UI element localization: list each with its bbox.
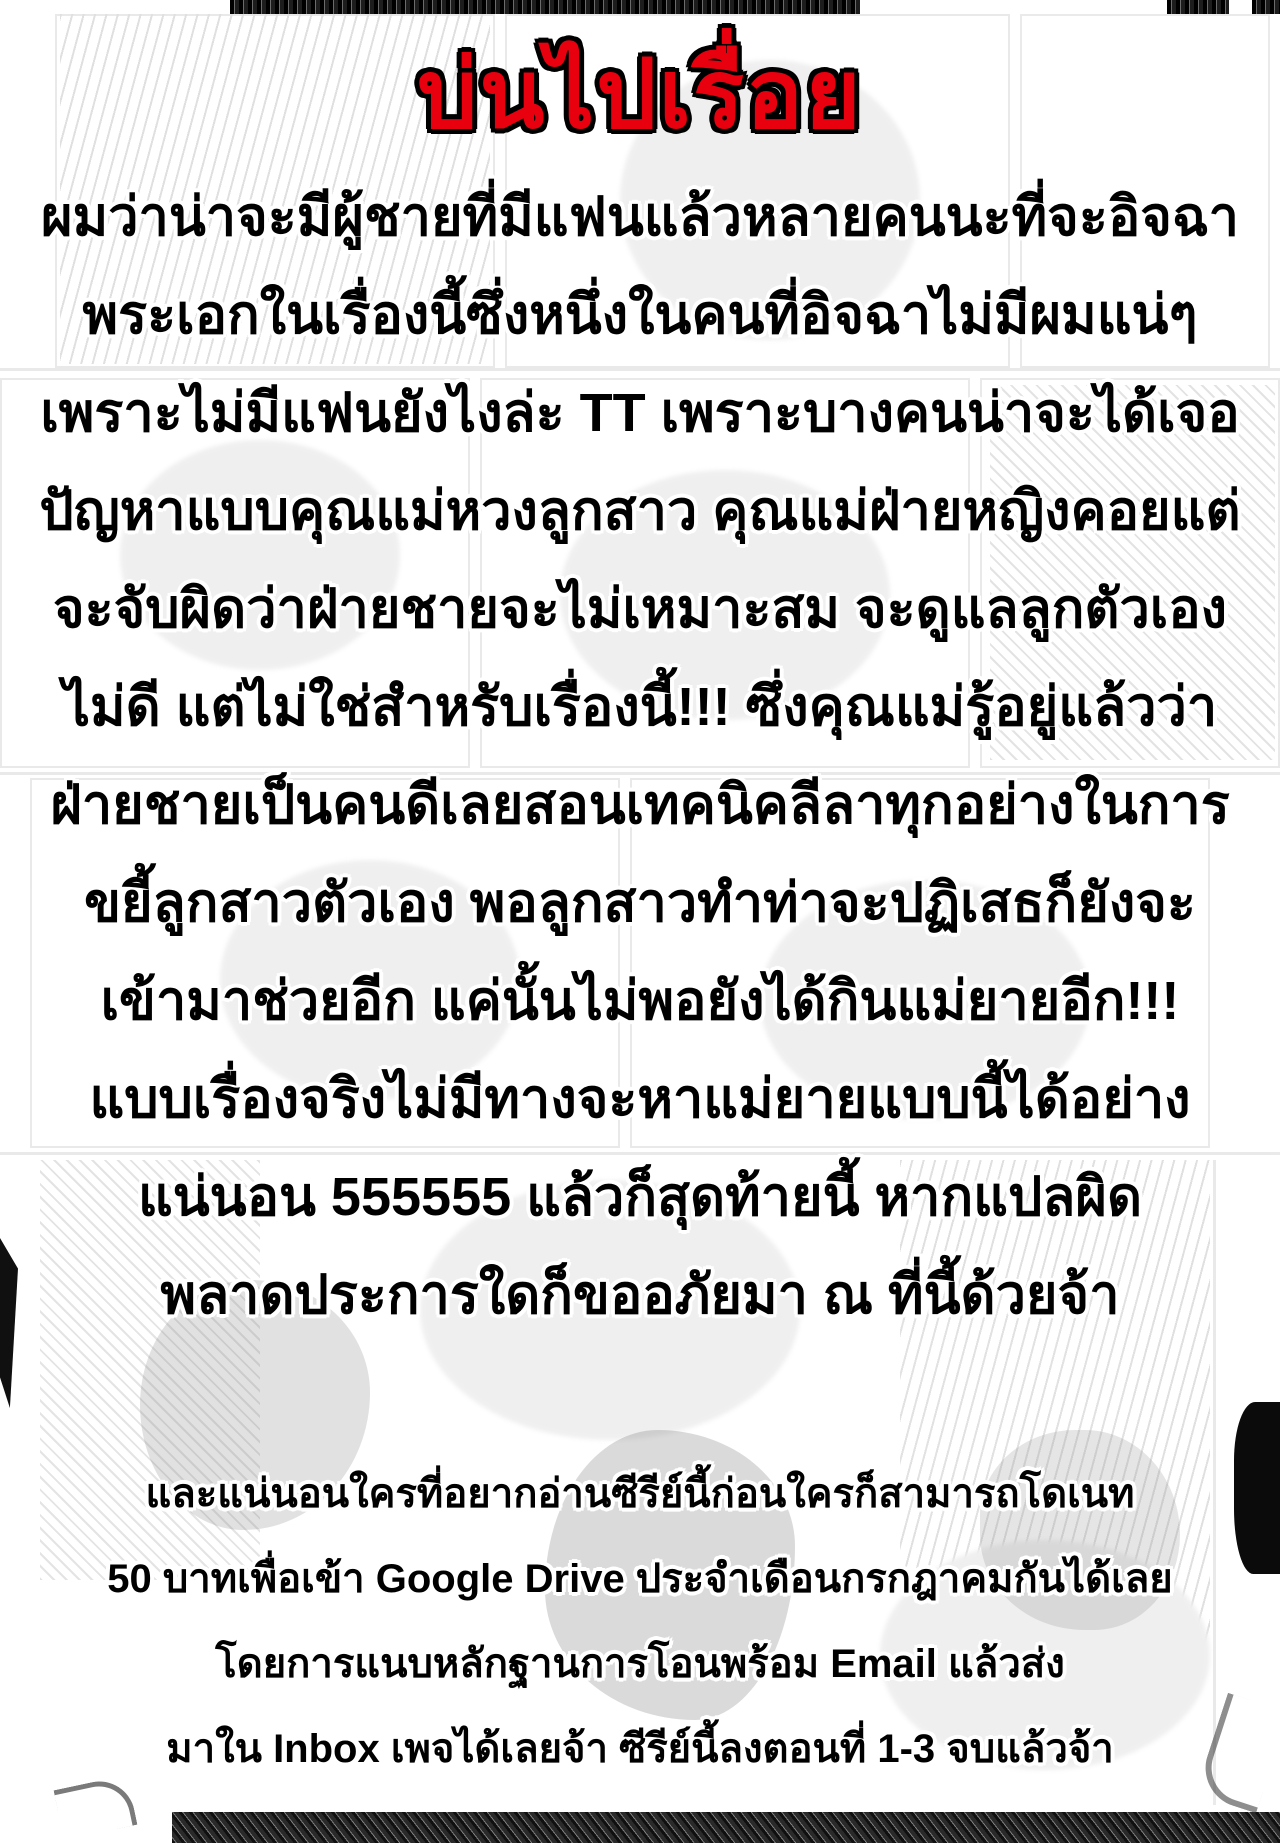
note-line: ขยี้ลูกสาวตัวเอง พอลูกสาวทำท่าจะปฏิเสธก็… — [0, 854, 1280, 952]
donation-line: มาใน Inbox เพจได้เลยจ้า ซีรีย์นี้ลงตอนที… — [0, 1707, 1280, 1792]
manga-edge-top — [1167, 0, 1229, 14]
note-line: แน่นอน 555555 แล้วก็สุดท้ายนี้ หากแปลผิด — [0, 1148, 1280, 1246]
note-line: แบบเรื่องจริงไม่มีทางจะหาแม่ยายแบบนี้ได้… — [0, 1050, 1280, 1148]
note-line: ไม่ดี แต่ไม่ใช่สำหรับเรื่องนี้!!! ซึ่งคุ… — [0, 658, 1280, 756]
note-line: เพราะไม่มีแฟนยังไงล่ะ TT เพราะบางคนน่าจะ… — [0, 364, 1280, 462]
note-line: ปัญหาแบบคุณแม่หวงลูกสาว คุณแม่ฝ่ายหญิงคอ… — [0, 462, 1280, 560]
note-line: ฝ่ายชายเป็นคนดีเลยสอนเทคนิคลีลาทุกอย่างใ… — [0, 756, 1280, 854]
manga-edge-top — [230, 0, 860, 14]
donation-line: โดยการแนบหลักฐานการโอนพร้อม Email แล้วส่… — [0, 1622, 1280, 1707]
note-line: ผมว่าน่าจะมีผู้ชายที่มีแฟนแล้วหลายคนนะที… — [0, 168, 1280, 266]
note-paragraph: ผมว่าน่าจะมีผู้ชายที่มีแฟนแล้วหลายคนนะที… — [0, 168, 1280, 1344]
donation-line: และแน่นอนใครที่อยากอ่านซีรีย์นี้ก่อนใครก… — [0, 1452, 1280, 1537]
note-line: จะจับผิดว่าฝ่ายชายจะไม่เหมาะสม จะดูแลลูก… — [0, 560, 1280, 658]
note-line: เข้ามาช่วยอีก แค่นั้นไม่พอยังได้กินแม่ยา… — [0, 952, 1280, 1050]
manga-edge-bottom — [172, 1812, 1280, 1843]
note-line: พระเอกในเรื่องนี้ซึ่งหนึ่งในคนที่อิจฉาไม… — [0, 266, 1280, 364]
donation-line: 50 บาทเพื่อเข้า Google Drive ประจำเดือนก… — [0, 1537, 1280, 1622]
page-title: บ่นไปเรื่อย — [0, 18, 1280, 169]
manga-edge-top — [1252, 0, 1280, 14]
note-line: พลาดประการใดก็ขออภัยมา ณ ที่นี้ด้วยจ้า — [0, 1246, 1280, 1344]
donation-paragraph: และแน่นอนใครที่อยากอ่านซีรีย์นี้ก่อนใครก… — [0, 1452, 1280, 1792]
translator-note-page: บ่นไปเรื่อย ผมว่าน่าจะมีผู้ชายที่มีแฟนแล… — [0, 0, 1280, 1843]
